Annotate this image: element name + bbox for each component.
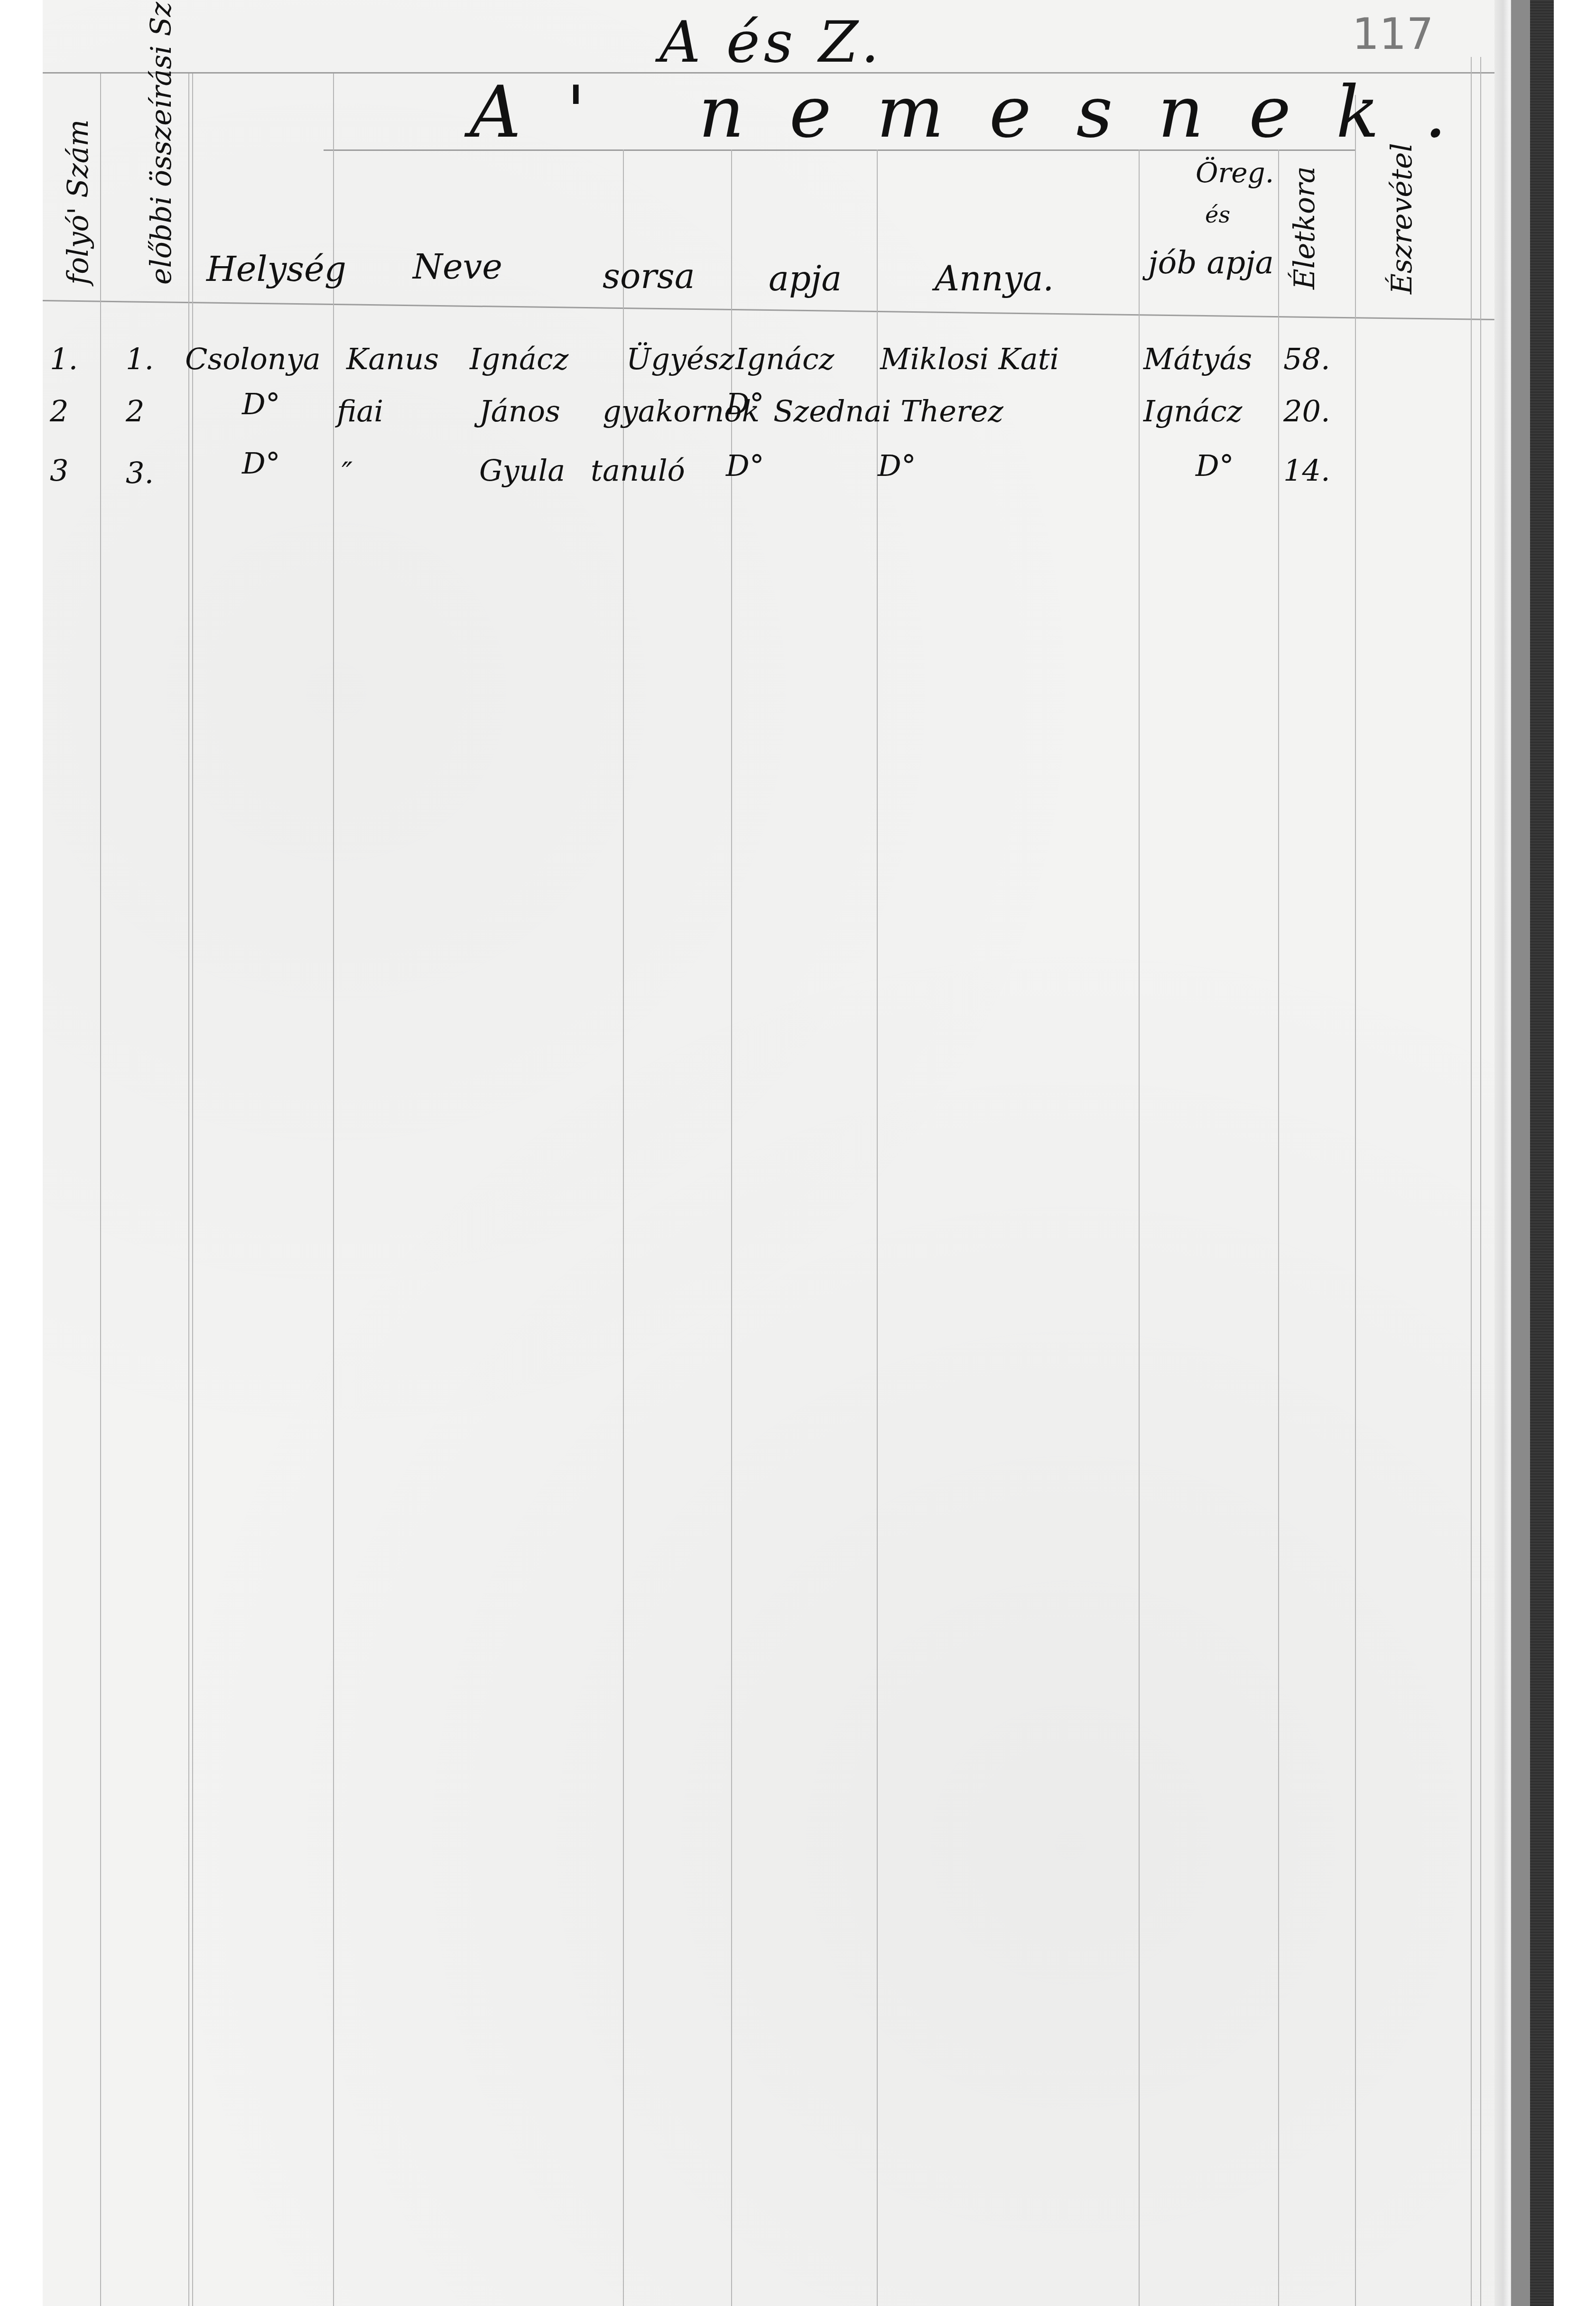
row2-folyo-szam: 2: [50, 394, 68, 428]
section-letters: A és Z.: [659, 9, 883, 75]
header-elobbi-sz: előbbi összeírási Sz.: [145, 0, 178, 285]
row3-neve-kereszt: Gyula: [479, 453, 565, 488]
section-title: A' nemesnek.: [470, 71, 1492, 154]
row2-oreg-apja: Ignácz: [1143, 394, 1242, 428]
col-rule-1: [100, 74, 101, 2306]
header-helyseg: Helység: [206, 249, 346, 289]
col-rule-2: [188, 74, 189, 2306]
book-cover-cloth: [1530, 0, 1554, 2306]
row1-helyseg: Csolonya: [185, 342, 321, 376]
row1-apja: Ignácz: [735, 342, 834, 376]
row1-elobbi-sz: 1.: [126, 342, 154, 376]
row3-oreg-apja: D°: [1196, 448, 1234, 483]
row1-neve-vezetek: Kanus: [346, 342, 439, 376]
row3-annya: D°: [878, 448, 916, 483]
row2-eletkora: 20.: [1283, 394, 1330, 428]
row3-helyseg: D°: [242, 446, 280, 481]
row1-annya: Miklosi Kati: [880, 342, 1059, 376]
row3-neve-vezetek: ″: [342, 456, 353, 490]
header-annya: Annya.: [935, 259, 1054, 298]
row2-annya: Szednai Therez: [773, 394, 1003, 428]
col-rule-10: [1471, 57, 1472, 2306]
col-rule-9: [1355, 95, 1356, 2306]
row1-folyo-szam: 1.: [50, 342, 78, 376]
header-eletkora: Életkora: [1288, 166, 1321, 289]
row2-helyseg: D°: [242, 387, 280, 421]
row2-neve-vezetek: fiai: [337, 394, 383, 428]
row1-oreg-apja: Mátyás: [1143, 342, 1252, 376]
row1-sorsa: Ügyész: [626, 342, 734, 376]
header-oreg-mid: és: [1205, 202, 1230, 228]
row2-elobbi-sz: 2: [126, 394, 144, 428]
row2-apja: D°: [726, 387, 764, 421]
row1-neve-kereszt: Ignácz: [470, 342, 568, 376]
header-eszrevetel: Észrevétel: [1385, 143, 1419, 294]
page-number: 117: [1352, 9, 1434, 59]
row3-elobbi-sz: 3.: [126, 456, 154, 490]
header-apja: apja: [769, 259, 842, 298]
header-sorsa: sorsa: [603, 256, 695, 296]
col-rule-11: [1480, 57, 1481, 2306]
register-page: 117 A és Z. A' nemesnek. folyó' Szám elő…: [43, 0, 1511, 2306]
header-oreg-bottom: jób apja: [1148, 244, 1274, 281]
binding-board: [1511, 0, 1530, 2306]
col-rule-7: [1139, 149, 1140, 2306]
row3-folyo-szam: 3: [50, 453, 68, 488]
row3-apja: D°: [726, 448, 764, 483]
row1-eletkora: 58.: [1283, 342, 1330, 376]
col-rule-3: [333, 74, 334, 2306]
row2-neve-kereszt: János: [479, 394, 560, 428]
row3-eletkora: 14.: [1283, 453, 1330, 488]
header-rule: [43, 300, 1494, 320]
header-neve: Neve: [413, 247, 502, 287]
header-oreg-top: Öreg.: [1196, 157, 1274, 189]
col-rule-2b: [192, 74, 193, 2306]
header-folyo-szam: folyó' Szám: [62, 120, 95, 285]
col-rule-8: [1278, 149, 1279, 2306]
row3-sorsa: tanuló: [591, 453, 685, 488]
